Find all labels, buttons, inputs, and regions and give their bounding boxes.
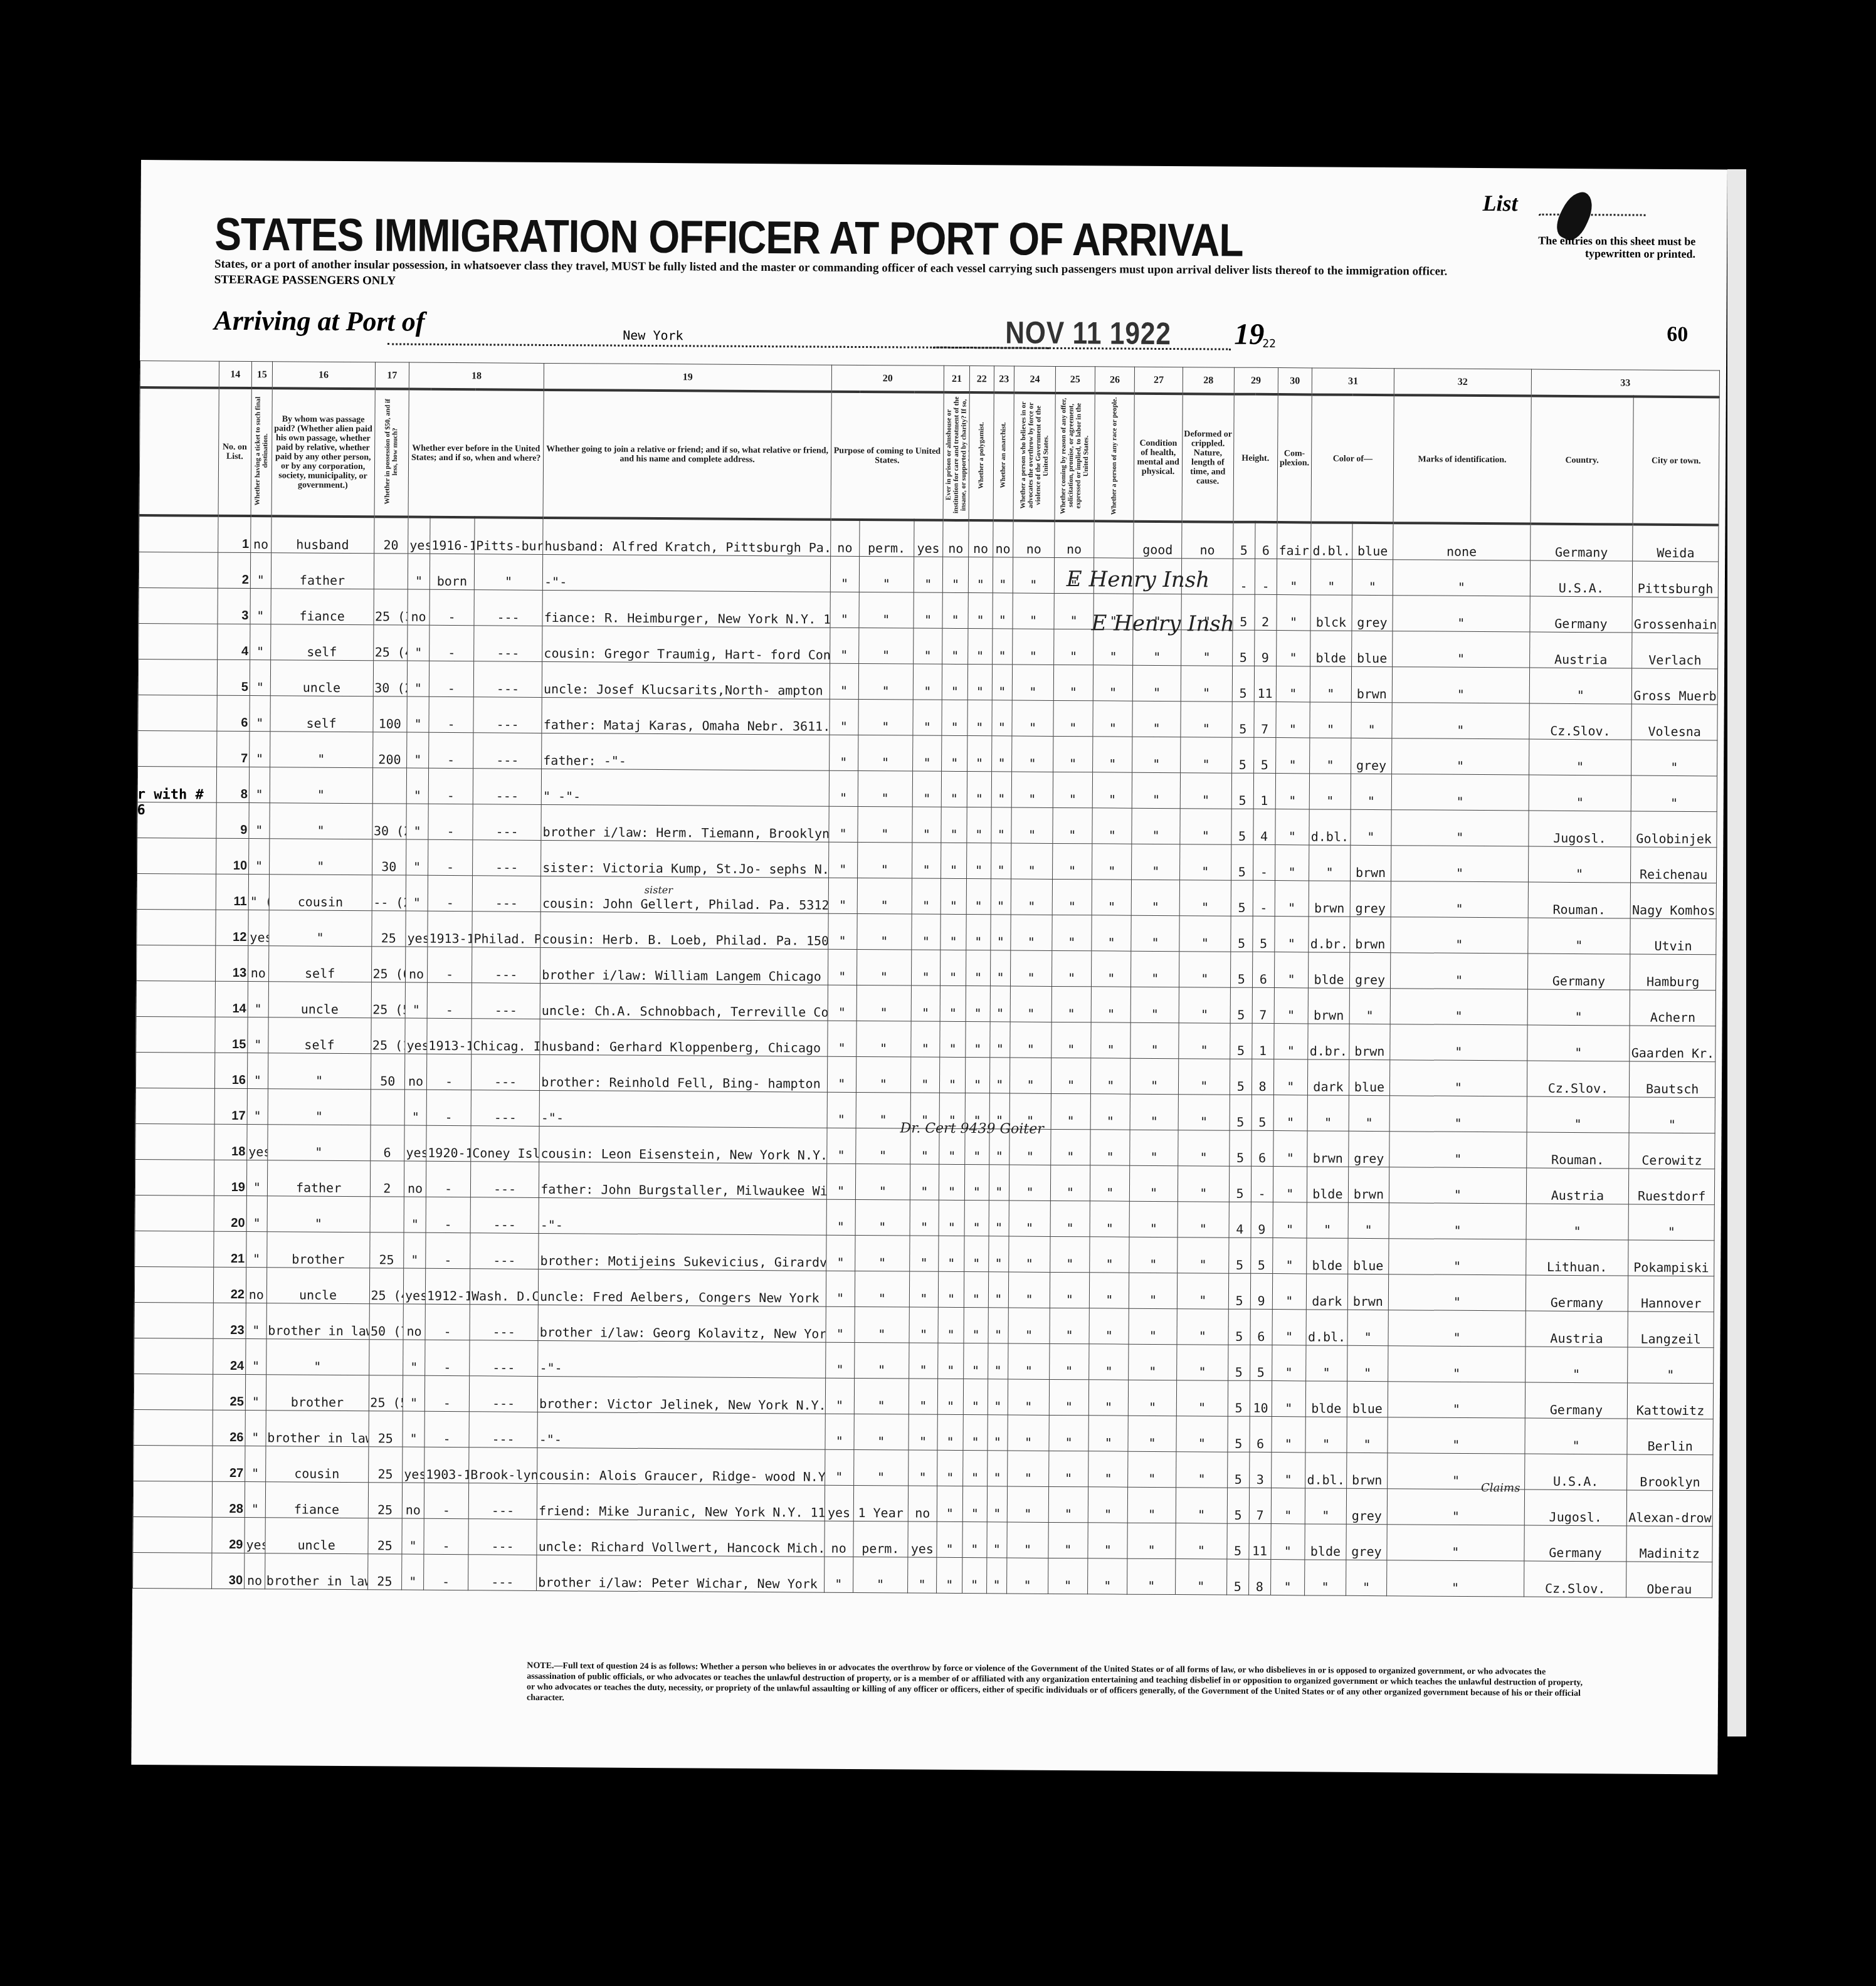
complexion-cell: " xyxy=(1273,1202,1307,1238)
country-cell: Austria xyxy=(1526,1311,1628,1347)
q25-cell: " xyxy=(1050,1272,1090,1308)
health-cell: " xyxy=(1129,1273,1178,1308)
health-cell: " xyxy=(1130,1130,1178,1165)
height-feet-cell: 5 xyxy=(1229,1166,1251,1202)
deformed-cell: " xyxy=(1179,844,1231,880)
no-on-list-cell: 9 xyxy=(216,802,249,838)
health-cell: " xyxy=(1127,1558,1176,1594)
country-cell: Germany xyxy=(1525,1382,1628,1419)
purpose-return-cell: no xyxy=(830,520,859,557)
purpose-citizen-cell: " xyxy=(908,1557,937,1593)
q25-cell: " xyxy=(1049,1343,1089,1379)
health-cell: " xyxy=(1132,808,1180,844)
eyes-cell: brwn xyxy=(1349,1024,1390,1059)
years-cell: - xyxy=(429,732,473,768)
before-yes-no-cell: " xyxy=(407,696,429,732)
q25-cell: " xyxy=(1053,772,1093,807)
money-cell: 25 xyxy=(368,1447,403,1483)
hair-cell: " xyxy=(1310,738,1351,774)
marks-cell: " xyxy=(1387,1525,1524,1561)
height-feet-cell: 5 xyxy=(1226,1559,1248,1595)
years-cell: - xyxy=(424,1518,468,1554)
joining-address-cell: uncle: Richard Vollwert, Hancock Mich.20… xyxy=(537,1519,825,1557)
q24-cell: " xyxy=(1013,665,1054,700)
colnum: 26 xyxy=(1095,367,1135,394)
paid-by-cell: brother in law xyxy=(265,1553,367,1590)
list-number-line xyxy=(1539,214,1646,216)
height-inches-cell: 4 xyxy=(1253,809,1275,844)
marks-cell: " xyxy=(1391,953,1528,989)
hair-cell: brwn xyxy=(1308,988,1349,1024)
q24-cell: " xyxy=(1011,772,1053,807)
hair-cell: " xyxy=(1309,845,1351,881)
purpose-length-cell: " xyxy=(855,1235,910,1271)
joining-address-cell: -"- xyxy=(539,1090,827,1128)
prison-cell: " xyxy=(941,807,967,843)
city-cell: Volesna xyxy=(1631,704,1717,740)
no-on-list-cell: 6 xyxy=(216,695,250,731)
anarchist-cell: " xyxy=(988,1308,1009,1343)
purpose-return-cell: " xyxy=(830,663,858,699)
years-cell: - xyxy=(428,768,473,804)
polygamist-cell: no xyxy=(969,520,993,557)
complexion-cell: " xyxy=(1275,881,1309,917)
purpose-citizen-cell: " xyxy=(913,664,942,700)
purpose-length-cell: " xyxy=(854,1342,909,1379)
where-cell: --- xyxy=(471,1054,540,1091)
purpose-length-cell: " xyxy=(858,735,913,772)
purpose-return-cell: " xyxy=(825,1449,853,1485)
complexion-cell: " xyxy=(1272,1417,1306,1453)
city-cell: Alexan-drowo xyxy=(1627,1490,1713,1526)
before-yes-no-cell: " xyxy=(403,1375,424,1411)
health-cell: " xyxy=(1129,1237,1178,1273)
height-feet-cell: 5 xyxy=(1230,1023,1252,1059)
before-yes-no-cell: " xyxy=(406,839,428,875)
health-cell: good xyxy=(1134,522,1182,559)
anarchist-cell: " xyxy=(987,1451,1008,1486)
height-inches-cell: 11 xyxy=(1249,1523,1271,1559)
marks-cell: " xyxy=(1388,1382,1526,1418)
before-yes-no-cell: " xyxy=(404,1197,426,1232)
before-yes-no-cell: " xyxy=(407,661,429,696)
purpose-citizen-cell: " xyxy=(910,1057,939,1093)
anarchist-cell: " xyxy=(989,1165,1009,1201)
prison-cell: " xyxy=(941,771,967,807)
eyes-cell: blue xyxy=(1347,1238,1389,1274)
where-cell: --- xyxy=(473,840,542,876)
no-on-list-cell: 23 xyxy=(213,1303,246,1338)
money-cell: 30 xyxy=(372,839,406,875)
purpose-return-cell: " xyxy=(828,1021,856,1056)
country-cell: Cz.Slov. xyxy=(1529,703,1631,740)
medical-certificate-note: Dr. Cert 9439 Goiter xyxy=(900,1120,1044,1137)
purpose-return-cell: " xyxy=(825,1378,854,1414)
joining-address-cell: -"- xyxy=(539,1197,826,1235)
ticket-cell: " xyxy=(248,1017,268,1053)
hair-cell: " xyxy=(1307,1202,1348,1238)
hair-cell: blde xyxy=(1307,1238,1348,1274)
purpose-length-cell: " xyxy=(856,985,912,1021)
before-yes-no-cell: no xyxy=(404,1161,426,1197)
margin-note: r with # 6 xyxy=(137,787,206,819)
q24-cell: " xyxy=(1011,807,1053,843)
purpose-return-cell: " xyxy=(828,913,857,949)
colnum: 25 xyxy=(1055,366,1095,393)
q24-cell: no xyxy=(1013,521,1055,558)
header-country: Country. xyxy=(1531,396,1634,525)
country-cell: " xyxy=(1527,1025,1630,1061)
country-cell: Germany xyxy=(1524,1525,1626,1562)
q24-cell: " xyxy=(1008,1451,1049,1486)
purpose-return-cell: " xyxy=(826,1199,855,1235)
polygamist-cell: " xyxy=(963,1451,988,1486)
list-label: List xyxy=(1482,190,1517,216)
polygamist-cell: " xyxy=(963,1486,988,1522)
height-feet-cell: 5 xyxy=(1227,1452,1249,1488)
ticket-cell: no xyxy=(246,1268,266,1303)
marks-cell: " xyxy=(1389,1274,1526,1311)
paid-by-cell: self xyxy=(270,624,373,661)
purpose-citizen-cell: " xyxy=(910,1164,939,1200)
purpose-return-cell: " xyxy=(827,1056,856,1092)
q24-cell: " xyxy=(1010,1058,1051,1093)
eyes-cell: brwn xyxy=(1350,917,1391,952)
header-marks: Marks of identification. xyxy=(1393,395,1531,523)
polygamist-cell: " xyxy=(962,1522,987,1558)
q26-cell: " xyxy=(1089,1344,1129,1380)
deformed-cell: " xyxy=(1179,952,1230,987)
hair-cell: d.bl. xyxy=(1306,1310,1347,1345)
eyes-cell: grey xyxy=(1348,1131,1389,1167)
polygamist-cell: " xyxy=(966,915,991,950)
paid-by-cell: fiance xyxy=(265,1482,368,1518)
colnum: 16 xyxy=(272,362,375,389)
anarchist-cell: " xyxy=(986,1522,1007,1558)
height-feet-cell: 5 xyxy=(1227,1488,1249,1523)
prison-cell: " xyxy=(941,878,967,914)
before-yes-no-cell: yes xyxy=(408,517,430,554)
where-cell: --- xyxy=(474,626,543,662)
hair-cell: " xyxy=(1310,666,1351,702)
complexion-cell: " xyxy=(1274,917,1309,952)
marks-cell: " xyxy=(1389,1132,1527,1168)
purpose-citizen-cell: " xyxy=(911,1021,940,1057)
hair-cell: " xyxy=(1305,1417,1347,1453)
purpose-citizen-cell: " xyxy=(909,1379,937,1414)
purpose-citizen-cell: " xyxy=(912,843,941,878)
q26-cell: " xyxy=(1088,1416,1129,1451)
purpose-citizen-cell: " xyxy=(909,1307,938,1343)
marks-cell: " xyxy=(1388,1417,1525,1454)
header-city: City or town. xyxy=(1633,397,1719,525)
page-number: 60 xyxy=(1667,323,1688,347)
health-cell: " xyxy=(1130,1094,1179,1130)
city-cell: Golobinjek xyxy=(1631,811,1717,848)
deformed-cell: " xyxy=(1178,1202,1229,1237)
health-cell: " xyxy=(1132,844,1180,880)
purpose-citizen-cell: no xyxy=(908,1486,937,1521)
arriving-label: Arriving at Port of xyxy=(214,305,424,338)
q26-cell: " xyxy=(1092,808,1132,844)
polygamist-cell: " xyxy=(964,1272,989,1308)
q26-cell: " xyxy=(1090,1094,1130,1130)
q25-cell: " xyxy=(1051,1093,1091,1129)
colnum: 24 xyxy=(1014,366,1056,393)
years-cell: - xyxy=(429,661,473,696)
purpose-length-cell: " xyxy=(857,878,912,914)
q26-cell: " xyxy=(1088,1451,1129,1487)
anarchist-cell: " xyxy=(988,1272,1009,1308)
years-cell: - xyxy=(424,1554,468,1590)
purpose-return-cell: " xyxy=(824,1557,853,1592)
colnum: 21 xyxy=(944,365,970,392)
polygamist-cell: " xyxy=(967,736,992,772)
height-feet-cell: 5 xyxy=(1230,987,1252,1023)
paid-by-cell: self xyxy=(268,946,371,982)
country-cell: Jugosl. xyxy=(1528,811,1631,847)
purpose-return-cell: no xyxy=(825,1521,853,1557)
height-feet-cell: 5 xyxy=(1231,916,1253,952)
purpose-length-cell: perm. xyxy=(853,1521,909,1557)
q25-cell: " xyxy=(1048,1522,1088,1558)
q26-cell: " xyxy=(1093,737,1133,772)
deformed-cell: " xyxy=(1176,1345,1228,1380)
deformed-cell: " xyxy=(1177,1273,1228,1309)
no-on-list-cell: 5 xyxy=(217,659,250,695)
where-cell: --- xyxy=(473,769,542,805)
q24-cell: " xyxy=(1009,1272,1050,1308)
hair-cell: " xyxy=(1307,1095,1349,1131)
q26-cell: " xyxy=(1089,1308,1129,1344)
paid-by-cell: " xyxy=(267,1125,370,1161)
no-on-list-cell: 30 xyxy=(211,1553,245,1589)
purpose-length-cell: " xyxy=(854,1378,909,1414)
purpose-length-cell: " xyxy=(856,913,912,950)
q25-cell: " xyxy=(1053,665,1093,700)
where-cell: --- xyxy=(472,876,541,912)
q26-cell: " xyxy=(1093,701,1133,737)
no-on-list-cell: 7 xyxy=(216,731,250,767)
header-q25: Whether coming by reason of any offer, s… xyxy=(1055,393,1095,521)
hair-cell: dark xyxy=(1307,1274,1348,1310)
years-cell: - xyxy=(426,1197,470,1232)
paid-by-cell: brother in law xyxy=(266,1411,369,1447)
height-inches-cell: 8 xyxy=(1248,1559,1270,1595)
anarchist-cell: " xyxy=(988,1379,1008,1415)
eyes-cell: grey xyxy=(1350,881,1391,917)
no-on-list-cell: 25 xyxy=(213,1374,246,1410)
purpose-citizen-cell: " xyxy=(914,592,942,628)
polygamist-cell: " xyxy=(963,1415,988,1451)
purpose-return-cell: " xyxy=(826,1271,855,1306)
header-deformed: Deformed or crippled. Nature, length of … xyxy=(1182,394,1234,522)
q25-cell: " xyxy=(1052,915,1092,950)
purpose-length-cell: perm. xyxy=(859,520,914,557)
deformed-cell: " xyxy=(1176,1488,1227,1523)
country-cell: Rouman. xyxy=(1528,882,1631,918)
years-cell: - xyxy=(424,1375,469,1411)
paid-by-cell: self xyxy=(270,696,373,732)
no-on-list-cell: 3 xyxy=(218,588,251,624)
anarchist-cell: " xyxy=(991,700,1012,736)
before-yes-no-cell: yes xyxy=(405,1018,427,1054)
q25-cell: " xyxy=(1051,950,1092,986)
purpose-return-cell: " xyxy=(825,1414,854,1449)
years-cell: 1913-1916 xyxy=(428,911,472,947)
ticket-cell: " xyxy=(245,1482,265,1518)
marks-cell: " xyxy=(1392,667,1529,703)
q24-cell: " xyxy=(1012,700,1053,736)
q24-cell: " xyxy=(1011,879,1052,915)
city-cell: Berlin xyxy=(1627,1419,1713,1455)
hair-cell: d.bl. xyxy=(1305,1453,1347,1488)
years-cell: - xyxy=(424,1411,469,1447)
city-cell: " xyxy=(1631,740,1717,776)
money-cell: 6 xyxy=(370,1125,404,1161)
header-no-on-list: No. on List. xyxy=(218,388,252,516)
colnum: 22 xyxy=(970,366,994,393)
eyes-cell: " xyxy=(1347,1417,1388,1453)
no-on-list-cell: 26 xyxy=(213,1410,246,1446)
height-inches-cell: 1 xyxy=(1253,773,1275,809)
city-cell: Verlach xyxy=(1632,633,1718,669)
colnum: 14 xyxy=(219,361,252,388)
hair-cell: brwn xyxy=(1309,881,1350,917)
before-yes-no-cell: " xyxy=(407,732,429,768)
prison-cell: " xyxy=(941,843,967,878)
no-on-list-cell: 29 xyxy=(211,1517,245,1553)
q25-cell: " xyxy=(1050,1308,1090,1343)
complexion-cell: " xyxy=(1276,631,1310,666)
purpose-return-cell: " xyxy=(829,770,858,806)
purpose-citizen-cell: " xyxy=(912,914,941,950)
joining-address-cell: cousin: John Gellert, Philad. Pa. 5312. … xyxy=(540,876,828,913)
purpose-length-cell: " xyxy=(856,949,912,985)
prison-cell: " xyxy=(939,1057,966,1093)
before-yes-no-cell: " xyxy=(406,804,428,839)
anarchist-cell: " xyxy=(993,557,1013,593)
polygamist-cell: " xyxy=(969,557,993,593)
eyes-cell: " xyxy=(1351,774,1392,809)
polygamist-cell: " xyxy=(964,1379,988,1415)
country-cell: " xyxy=(1529,668,1632,704)
ticket-cell: " xyxy=(250,589,271,624)
years-cell: - xyxy=(426,1054,471,1090)
marks-cell: " xyxy=(1389,1203,1526,1239)
colnum: 30 xyxy=(1278,368,1312,395)
before-yes-no-cell: yes xyxy=(406,911,428,947)
q26-cell: " xyxy=(1092,844,1132,880)
height-inches-cell: - xyxy=(1255,559,1277,594)
joining-address-cell: brother i/law: Georg Kolavitz, New York … xyxy=(538,1305,826,1342)
eyes-cell: " xyxy=(1346,1560,1387,1595)
no-on-list-cell: 24 xyxy=(213,1338,246,1374)
deformed-cell: " xyxy=(1178,1059,1230,1095)
purpose-return-cell: " xyxy=(830,628,858,663)
marks-cell: " xyxy=(1388,1310,1526,1347)
header-ticket: Whether having a ticket to such final de… xyxy=(251,388,272,516)
q24-cell: " xyxy=(1008,1415,1049,1451)
city-cell: " xyxy=(1628,1204,1714,1241)
height-inches-cell: 9 xyxy=(1251,1202,1273,1237)
q25-cell: " xyxy=(1053,807,1093,843)
purpose-return-cell: " xyxy=(828,842,857,878)
marks-cell: " xyxy=(1390,1060,1527,1096)
health-cell: " xyxy=(1130,1022,1179,1058)
hair-cell: blde xyxy=(1306,1381,1347,1417)
purpose-citizen-cell: " xyxy=(912,807,941,843)
joining-address-cell: -"- xyxy=(543,554,831,592)
height-feet-cell: 5 xyxy=(1232,701,1254,737)
prison-cell: " xyxy=(937,1414,964,1450)
prison-cell: " xyxy=(942,700,968,735)
eyes-cell: grey xyxy=(1349,952,1391,988)
country-cell: Austria xyxy=(1526,1168,1629,1204)
marks-cell: " xyxy=(1391,846,1529,882)
height-feet-cell: 5 xyxy=(1228,1380,1250,1416)
health-cell: " xyxy=(1128,1487,1176,1523)
purpose-length-cell: " xyxy=(856,1056,911,1093)
deformed-cell: " xyxy=(1176,1523,1227,1559)
health-cell: " xyxy=(1128,1451,1176,1487)
ticket-cell: " xyxy=(248,982,268,1017)
ticket-cell: yes xyxy=(245,1518,265,1553)
years-cell: - xyxy=(429,696,473,732)
city-cell: Bautsch xyxy=(1630,1061,1715,1098)
header-prison: Ever in prison or almshouse or instituti… xyxy=(943,392,970,520)
country-cell: U.S.A. xyxy=(1530,560,1633,597)
anarchist-cell: " xyxy=(991,879,1011,915)
anarchist-cell: " xyxy=(990,986,1011,1022)
prison-cell: " xyxy=(942,592,969,628)
hair-cell: " xyxy=(1309,774,1351,809)
eyes-cell: grey xyxy=(1352,595,1393,631)
where-cell: --- xyxy=(473,697,542,733)
header-money: Whether in possession of $50, and if les… xyxy=(374,389,409,517)
no-on-list-cell: 28 xyxy=(212,1481,245,1517)
city-cell: Madinitz xyxy=(1626,1526,1712,1562)
height-inches-cell: 2 xyxy=(1255,594,1277,630)
no-on-list-cell: 16 xyxy=(214,1053,248,1088)
anarchist-cell: " xyxy=(988,1343,1008,1379)
colnum: 23 xyxy=(994,366,1014,393)
paid-by-cell: cousin xyxy=(265,1446,368,1483)
joining-address-cell: cousin: Gregor Traumig, Hart- ford Conn.… xyxy=(542,626,830,663)
country-cell: " xyxy=(1527,989,1630,1026)
q24-cell: " xyxy=(1010,986,1051,1022)
before-yes-no-cell: no xyxy=(408,589,429,625)
ticket-cell: " xyxy=(250,696,270,732)
marks-cell: " xyxy=(1393,560,1531,596)
anarchist-cell: " xyxy=(991,772,1012,807)
purpose-citizen-cell: " xyxy=(911,950,940,985)
purpose-return-cell: " xyxy=(827,1092,856,1128)
complexion-cell: " xyxy=(1270,1560,1305,1595)
joining-address-cell: brother i/law: Peter Wichar, New York N.… xyxy=(537,1555,825,1592)
paid-by-cell: uncle xyxy=(266,1268,369,1304)
purpose-length-cell: 1 Year xyxy=(853,1485,909,1521)
colnum: 15 xyxy=(251,362,272,389)
q25-cell: " xyxy=(1053,700,1093,736)
q24-cell: " xyxy=(1009,1165,1051,1201)
eyes-cell: blue xyxy=(1349,1059,1390,1095)
money-cell: 100 xyxy=(372,696,407,732)
city-cell: Cerowitz xyxy=(1629,1133,1715,1169)
anarchist-cell: " xyxy=(989,1201,1009,1236)
purpose-length-cell: " xyxy=(853,1449,909,1486)
marks-cell: none xyxy=(1393,523,1531,560)
